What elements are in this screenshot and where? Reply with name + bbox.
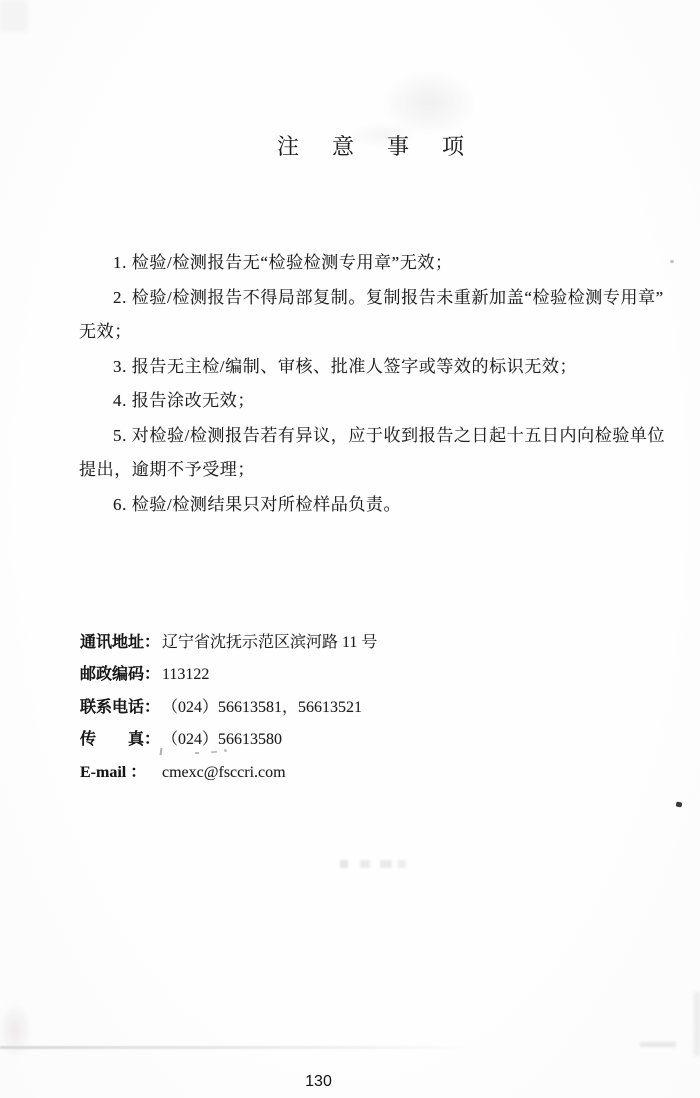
notice-item-3: 3. 报告无主检/编制、审核、批准人签字或等效的标识无效；	[79, 350, 659, 385]
contact-row-email: E-mail ： cmexc@fsccri.com	[80, 757, 377, 789]
page-number: 130	[0, 1073, 637, 1091]
contact-row-fax: 传 真： （024）56613580	[80, 724, 377, 756]
contact-value-address: 辽宁省沈抚示范区滨河路 11 号	[160, 627, 377, 659]
scan-crease-line	[640, 1042, 676, 1047]
notice-item-2-continued: 无效；	[79, 315, 659, 350]
contact-label-email: E-mail ：	[80, 757, 160, 789]
notice-item-2: 2. 检验/检测报告不得局部复制。复制报告未重新加盖“检验检测专用章”	[79, 281, 659, 316]
notice-item-1: 1. 检验/检测报告无“检验检测专用章”无效；	[79, 246, 659, 281]
contact-label-phone: 联系电话：	[80, 692, 160, 724]
contact-row-postcode: 邮政编码： 113122	[80, 659, 377, 691]
contact-row-address: 通讯地址： 辽宁省沈抚示范区滨河路 11 号	[80, 627, 377, 659]
contact-info-block: 通讯地址： 辽宁省沈抚示范区滨河路 11 号 邮政编码： 113122 联系电话…	[80, 627, 377, 789]
notice-item-6: 6. 检验/检测结果只对所检样品负责。	[79, 488, 659, 523]
contact-value-postcode: 113122	[160, 659, 209, 691]
scan-smudge	[384, 72, 474, 134]
contact-value-email: cmexc@fsccri.com	[160, 757, 286, 789]
notice-item-5: 5. 对检验/检测报告若有异议，应于收到报告之日起十五日内向检验单位	[79, 419, 659, 454]
contact-row-phone: 联系电话： （024）56613581，56613521	[80, 692, 377, 724]
contact-value-fax: （024）56613580	[160, 724, 282, 756]
scanned-document-page: 注意事项 1. 检验/检测报告无“检验检测专用章”无效； 2. 检验/检测报告不…	[0, 0, 700, 1098]
scan-speck	[670, 260, 674, 263]
notice-list: 1. 检验/检测报告无“检验检测专用章”无效； 2. 检验/检测报告不得局部复制…	[79, 246, 659, 522]
notice-item-4: 4. 报告涂改无效；	[79, 384, 659, 419]
scan-speck	[676, 801, 683, 807]
scan-edge-shadow	[694, 992, 700, 1056]
contact-value-phone: （024）56613581，56613521	[160, 692, 362, 724]
notice-item-5-continued: 提出，逾期不予受理；	[79, 453, 659, 488]
scan-faint-marks	[340, 860, 406, 868]
contact-label-address: 通讯地址：	[80, 627, 160, 659]
contact-label-fax: 传 真：	[80, 724, 160, 756]
page-title: 注意事项	[277, 134, 497, 160]
scan-corner-shadow	[0, 0, 28, 32]
scan-crease-line	[0, 1046, 470, 1049]
scan-smudge	[0, 1004, 30, 1056]
contact-label-postcode: 邮政编码：	[80, 659, 160, 691]
